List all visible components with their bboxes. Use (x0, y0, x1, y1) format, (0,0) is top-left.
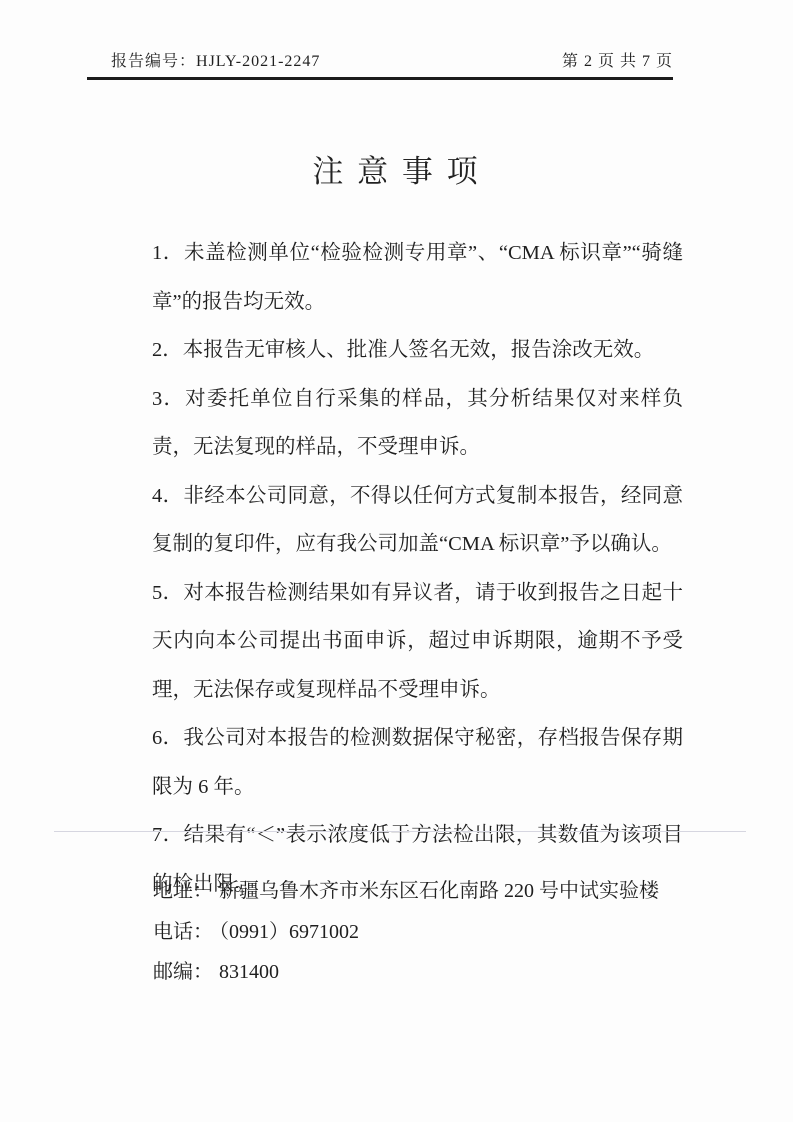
page-header: 报告编号：HJLY-2021-2247 第 2 页 共 7 页 (87, 48, 673, 80)
postcode-label: 邮编： (153, 961, 213, 983)
footer-divider (54, 831, 746, 832)
phone-value: （0991）6971002 (219, 921, 359, 943)
footer-postcode-line: 邮编：831400 (153, 952, 659, 993)
notes-list: 1．未盖检测单位“检验检测专用章”、“CMA 标识章”“骑缝章”的报告均无效。 … (152, 229, 683, 908)
postcode-value: 831400 (219, 961, 279, 983)
note-item-2: 2．本报告无审核人、批准人签名无效，报告涂改无效。 (152, 326, 683, 375)
footer-phone-line: 电话：（0991）6971002 (153, 912, 659, 953)
header-row: 报告编号：HJLY-2021-2247 第 2 页 共 7 页 (87, 48, 673, 71)
address-label: 地址： (153, 880, 213, 902)
report-number-label: 报告编号： (111, 53, 196, 70)
report-number-value: HJLY-2021-2247 (196, 53, 320, 70)
page-footer: 地址：新疆乌鲁木齐市米东区石化南路 220 号中试实验楼 电话：（0991）69… (153, 871, 659, 993)
note-item-4: 4．非经本公司同意，不得以任何方式复制本报告，经同意复制的复印件，应有我公司加盖… (152, 472, 683, 569)
footer-address-line: 地址：新疆乌鲁木齐市米东区石化南路 220 号中试实验楼 (153, 871, 659, 912)
phone-label: 电话： (153, 921, 213, 943)
note-item-5: 5．对本报告检测结果如有异议者，请于收到报告之日起十天内向本公司提出书面申诉，超… (152, 569, 683, 715)
address-value: 新疆乌鲁木齐市米东区石化南路 220 号中试实验楼 (219, 880, 659, 902)
report-number: 报告编号：HJLY-2021-2247 (111, 48, 320, 71)
report-page: 报告编号：HJLY-2021-2247 第 2 页 共 7 页 注 意 事 项 … (0, 0, 793, 1122)
note-item-1: 1．未盖检测单位“检验检测专用章”、“CMA 标识章”“骑缝章”的报告均无效。 (152, 229, 683, 326)
note-item-3: 3．对委托单位自行采集的样品，其分析结果仅对来样负责，无法复现的样品，不受理申诉… (152, 375, 683, 472)
page-title: 注 意 事 项 (0, 146, 793, 191)
page-indicator: 第 2 页 共 7 页 (562, 48, 673, 71)
note-item-6: 6．我公司对本报告的检测数据保守秘密，存档报告保存期限为 6 年。 (152, 714, 683, 811)
